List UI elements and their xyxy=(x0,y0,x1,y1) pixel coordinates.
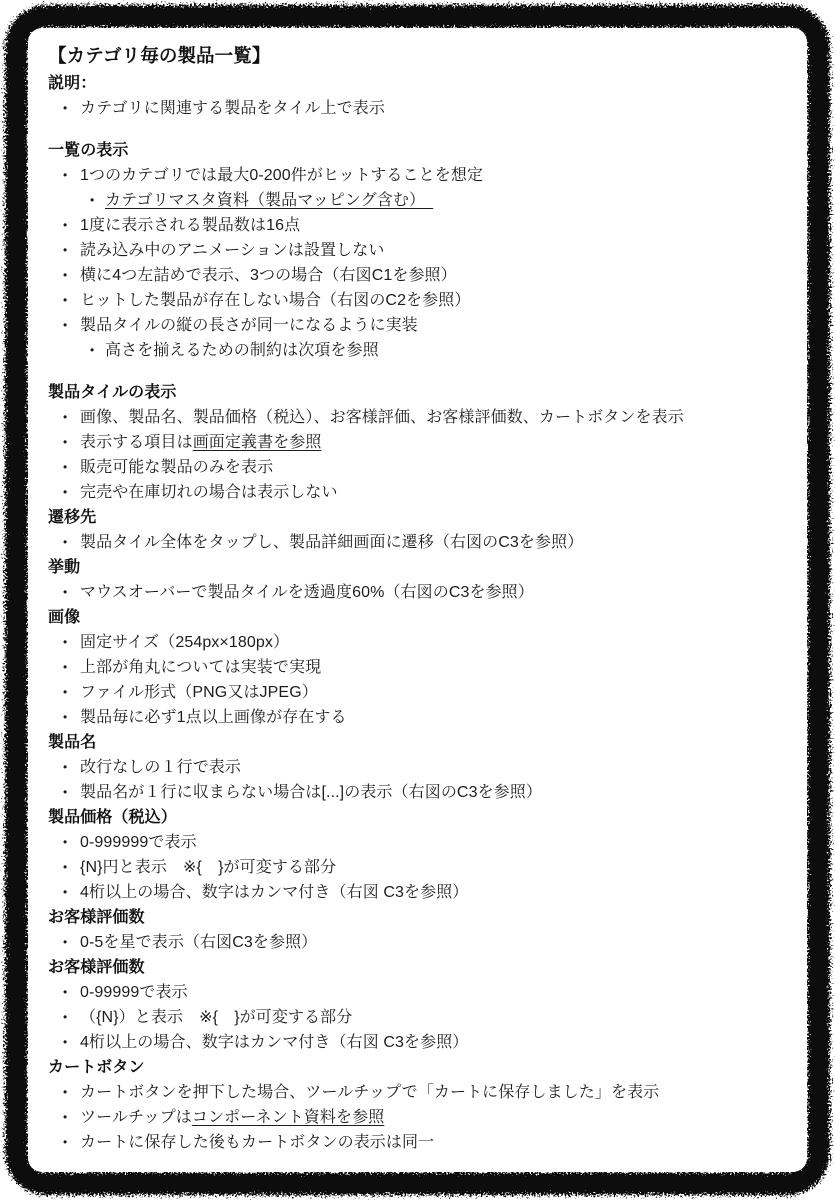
text-segment: （{N}）と表示 ※{ }が可変する部分 xyxy=(80,1009,352,1026)
bullet-item: •完売や在庫切れの場合は表示しない xyxy=(48,480,791,505)
text-segment: 製品タイル全体をタップし、製品詳細画面に遷移（右図のC3を参照） xyxy=(80,534,583,551)
bullet-text: 1度に表示される製品数は16点 xyxy=(80,213,791,238)
bullet-icon: • xyxy=(63,1005,80,1030)
bullet-item: •カテゴリマスタ資料（製品マッピング含む） xyxy=(48,188,791,213)
bullet-text: {N}円と表示 ※{ }が可変する部分 xyxy=(80,855,791,880)
section-heading: 挙動 xyxy=(48,555,791,580)
text-segment: 完売や在庫切れの場合は表示しない xyxy=(80,484,338,501)
bullet-text: 販売可能な製品のみを表示 xyxy=(80,455,791,480)
bullet-item: •表示する項目は画面定義書を参照 xyxy=(48,430,791,455)
bullet-text: カテゴリに関連する製品をタイル上で表示 xyxy=(80,96,791,121)
text-segment: 製品名が１行に収まらない場合は[...]の表示（右図のC3を参照） xyxy=(80,784,542,801)
bullet-item: •カートボタンを押下した場合、ツールチップで「カートに保存しました」を表示 xyxy=(48,1080,791,1105)
bullet-text: 固定サイズ（254px×180px） xyxy=(80,630,791,655)
bullet-item: •マウスオーバーで製品タイルを透過度60%（右図のC3を参照） xyxy=(48,580,791,605)
bullet-text: 1つのカテゴリでは最大0-200件がヒットすることを想定 xyxy=(80,163,791,188)
bullet-text: 製品名が１行に収まらない場合は[...]の表示（右図のC3を参照） xyxy=(80,780,791,805)
bullet-item: •固定サイズ（254px×180px） xyxy=(48,630,791,655)
bullet-icon: • xyxy=(63,213,80,238)
bullet-icon: • xyxy=(63,630,80,655)
bullet-icon: • xyxy=(63,680,80,705)
bullet-icon: • xyxy=(63,1105,80,1130)
text-segment: 表示する項目は xyxy=(80,434,193,451)
text-segment: 改行なしの１行で表示 xyxy=(80,759,241,776)
text-segment: 4桁以上の場合、数字はカンマ付き（右図 C3を参照） xyxy=(80,1034,468,1051)
bullet-item: •読み込み中のアニメーションは設置しない xyxy=(48,238,791,263)
blank-line xyxy=(48,121,791,138)
bullet-item: •0-999999で表示 xyxy=(48,830,791,855)
bullet-text: ファイル形式（PNG又はJPEG） xyxy=(80,680,791,705)
bullet-item: •画像、製品名、製品価格（税込）、お客様評価、お客様評価数、カートボタンを表示 xyxy=(48,405,791,430)
bullet-icon: • xyxy=(63,930,80,955)
bullet-text: カテゴリマスタ資料（製品マッピング含む） xyxy=(105,188,791,213)
bullet-icon: • xyxy=(63,980,80,1005)
page: 【カテゴリ毎の製品一覧】 説明：•カテゴリに関連する製品をタイル上で表示一覧の表… xyxy=(0,0,835,1200)
text-segment: カテゴリに関連する製品をタイル上で表示 xyxy=(80,100,385,117)
bullet-text: 横に4つ左詰めで表示、3つの場合（右図C1を参照） xyxy=(80,263,791,288)
text-segment: ヒットした製品が存在しない場合（右図のC2を参照） xyxy=(80,292,470,309)
bullet-icon: • xyxy=(63,855,80,880)
bullet-item: •改行なしの１行で表示 xyxy=(48,755,791,780)
bullet-item: •ツールチップはコンポーネント資料を参照 xyxy=(48,1105,791,1130)
bullet-item: •ヒットした製品が存在しない場合（右図のC2を参照） xyxy=(48,288,791,313)
bullet-item: •高さを揃えるための制約は次項を参照 xyxy=(48,338,791,363)
text-segment: 横に4つ左詰めで表示、3つの場合（右図C1を参照） xyxy=(80,267,457,284)
bullet-text: マウスオーバーで製品タイルを透過度60%（右図のC3を参照） xyxy=(80,580,791,605)
bullet-icon: • xyxy=(63,755,80,780)
bullet-item: •製品名が１行に収まらない場合は[...]の表示（右図のC3を参照） xyxy=(48,780,791,805)
section-heading: 製品名 xyxy=(48,730,791,755)
bullet-text: 完売や在庫切れの場合は表示しない xyxy=(80,480,791,505)
bullet-text: 0-999999で表示 xyxy=(80,830,791,855)
bullet-icon: • xyxy=(63,313,80,338)
bullet-text: 表示する項目は画面定義書を参照 xyxy=(80,430,791,455)
text-segment: 固定サイズ（254px×180px） xyxy=(80,634,289,651)
bullet-item: •横に4つ左詰めで表示、3つの場合（右図C1を参照） xyxy=(48,263,791,288)
text-segment: 4桁以上の場合、数字はカンマ付き（右図 C3を参照） xyxy=(80,884,468,901)
text-segment: カートに保存した後もカートボタンの表示は同一 xyxy=(80,1134,434,1151)
bullet-icon: • xyxy=(90,338,105,363)
bullet-text: （{N}）と表示 ※{ }が可変する部分 xyxy=(80,1005,791,1030)
bullet-item: •製品タイル全体をタップし、製品詳細画面に遷移（右図のC3を参照） xyxy=(48,530,791,555)
bullet-icon: • xyxy=(63,96,80,121)
section-heading: 製品タイルの表示 xyxy=(48,380,791,405)
text-segment: 製品毎に必ず1点以上画像が存在する xyxy=(80,709,347,726)
bullet-text: 高さを揃えるための制約は次項を参照 xyxy=(105,338,791,363)
bullet-text: 画像、製品名、製品価格（税込）、お客様評価、お客様評価数、カートボタンを表示 xyxy=(80,405,791,430)
text-segment: 0-99999で表示 xyxy=(80,984,188,1001)
bullet-item: •（{N}）と表示 ※{ }が可変する部分 xyxy=(48,1005,791,1030)
bullet-icon: • xyxy=(63,288,80,313)
document-body: 説明：•カテゴリに関連する製品をタイル上で表示一覧の表示•1つのカテゴリでは最大… xyxy=(48,71,791,1155)
bullet-item: •製品毎に必ず1点以上画像が存在する xyxy=(48,705,791,730)
text-segment: 上部が角丸については実装で実現 xyxy=(80,659,321,676)
section-heading: お客様評価数 xyxy=(48,905,791,930)
text-segment: ファイル形式（PNG又はJPEG） xyxy=(80,684,318,701)
text-segment: 画像、製品名、製品価格（税込）、お客様評価、お客様評価数、カートボタンを表示 xyxy=(80,409,684,426)
bullet-icon: • xyxy=(63,163,80,188)
text-segment: {N}円と表示 ※{ }が可変する部分 xyxy=(80,859,336,876)
text-segment: 読み込み中のアニメーションは設置しない xyxy=(80,242,384,259)
section-heading: カートボタン xyxy=(48,1055,791,1080)
bullet-icon: • xyxy=(63,1030,80,1055)
text-segment: カートボタンを押下した場合、ツールチップで「カートに保存しました」を表示 xyxy=(80,1084,659,1101)
bullet-item: •製品タイルの縦の長さが同一になるように実装 xyxy=(48,313,791,338)
doc-link[interactable]: コンポーネント資料を参照 xyxy=(192,1109,384,1126)
bullet-item: •0-5を星で表示（右図C3を参照） xyxy=(48,930,791,955)
bullet-text: 上部が角丸については実装で実現 xyxy=(80,655,791,680)
text-segment: 高さを揃えるための制約は次項を参照 xyxy=(105,342,379,359)
section-heading: 遷移先 xyxy=(48,505,791,530)
bullet-icon: • xyxy=(63,580,80,605)
bullet-icon: • xyxy=(63,263,80,288)
bullet-icon: • xyxy=(63,530,80,555)
bullet-item: •4桁以上の場合、数字はカンマ付き（右図 C3を参照） xyxy=(48,880,791,905)
bullet-item: •カートに保存した後もカートボタンの表示は同一 xyxy=(48,1130,791,1155)
text-segment: 0-5を星で表示（右図C3を参照） xyxy=(80,934,317,951)
text-segment: マウスオーバーで製品タイルを透過度60%（右図のC3を参照） xyxy=(80,584,534,601)
bullet-icon: • xyxy=(63,405,80,430)
bullet-text: 0-99999で表示 xyxy=(80,980,791,1005)
bullet-text: カートボタンを押下した場合、ツールチップで「カートに保存しました」を表示 xyxy=(80,1080,791,1105)
bullet-text: 製品タイルの縦の長さが同一になるように実装 xyxy=(80,313,791,338)
bullet-text: 製品毎に必ず1点以上画像が存在する xyxy=(80,705,791,730)
section-heading: 一覧の表示 xyxy=(48,138,791,163)
section-heading: 画像 xyxy=(48,605,791,630)
section-heading: お客様評価数 xyxy=(48,955,791,980)
bullet-text: 4桁以上の場合、数字はカンマ付き（右図 C3を参照） xyxy=(80,880,791,905)
bullet-text: 製品タイル全体をタップし、製品詳細画面に遷移（右図のC3を参照） xyxy=(80,530,791,555)
bullet-item: •{N}円と表示 ※{ }が可変する部分 xyxy=(48,855,791,880)
bullet-icon: • xyxy=(63,780,80,805)
bullet-item: •上部が角丸については実装で実現 xyxy=(48,655,791,680)
bullet-icon: • xyxy=(63,455,80,480)
bullet-item: •0-99999で表示 xyxy=(48,980,791,1005)
blank-line xyxy=(48,363,791,380)
text-segment: 1度に表示される製品数は16点 xyxy=(80,217,300,234)
text-segment: ツールチップは xyxy=(80,1109,192,1126)
bullet-icon: • xyxy=(63,705,80,730)
bullet-item: •販売可能な製品のみを表示 xyxy=(48,455,791,480)
bullet-text: 改行なしの１行で表示 xyxy=(80,755,791,780)
bullet-text: ツールチップはコンポーネント資料を参照 xyxy=(80,1105,791,1130)
bullet-icon: • xyxy=(63,480,80,505)
bullet-text: 4桁以上の場合、数字はカンマ付き（右図 C3を参照） xyxy=(80,1030,791,1055)
section-heading: 製品価格（税込） xyxy=(48,805,791,830)
section-heading: 説明： xyxy=(48,71,791,96)
bullet-text: ヒットした製品が存在しない場合（右図のC2を参照） xyxy=(80,288,791,313)
document-content: 【カテゴリ毎の製品一覧】 説明：•カテゴリに関連する製品をタイル上で表示一覧の表… xyxy=(28,28,807,1172)
bullet-icon: • xyxy=(63,238,80,263)
bullet-item: •カテゴリに関連する製品をタイル上で表示 xyxy=(48,96,791,121)
text-segment: 販売可能な製品のみを表示 xyxy=(80,459,273,476)
bullet-icon: • xyxy=(63,830,80,855)
bullet-icon: • xyxy=(90,188,105,213)
bullet-icon: • xyxy=(63,880,80,905)
bullet-item: •ファイル形式（PNG又はJPEG） xyxy=(48,680,791,705)
bullet-item: •1度に表示される製品数は16点 xyxy=(48,213,791,238)
document-paper: 【カテゴリ毎の製品一覧】 説明：•カテゴリに関連する製品をタイル上で表示一覧の表… xyxy=(28,28,807,1172)
bullet-text: カートに保存した後もカートボタンの表示は同一 xyxy=(80,1130,791,1155)
doc-link[interactable]: カテゴリマスタ資料（製品マッピング含む） xyxy=(105,192,433,209)
bullet-item: •4桁以上の場合、数字はカンマ付き（右図 C3を参照） xyxy=(48,1030,791,1055)
bullet-text: 読み込み中のアニメーションは設置しない xyxy=(80,238,791,263)
bullet-text: 0-5を星で表示（右図C3を参照） xyxy=(80,930,791,955)
text-segment: 製品タイルの縦の長さが同一になるように実装 xyxy=(80,317,418,334)
text-segment: 1つのカテゴリでは最大0-200件がヒットすることを想定 xyxy=(80,167,483,184)
bullet-icon: • xyxy=(63,430,80,455)
bullet-icon: • xyxy=(63,655,80,680)
bullet-item: •1つのカテゴリでは最大0-200件がヒットすることを想定 xyxy=(48,163,791,188)
text-segment: 0-999999で表示 xyxy=(80,834,197,851)
bullet-icon: • xyxy=(63,1130,80,1155)
doc-link[interactable]: 画面定義書を参照 xyxy=(193,434,322,451)
bullet-icon: • xyxy=(63,1080,80,1105)
page-title: 【カテゴリ毎の製品一覧】 xyxy=(48,41,791,71)
